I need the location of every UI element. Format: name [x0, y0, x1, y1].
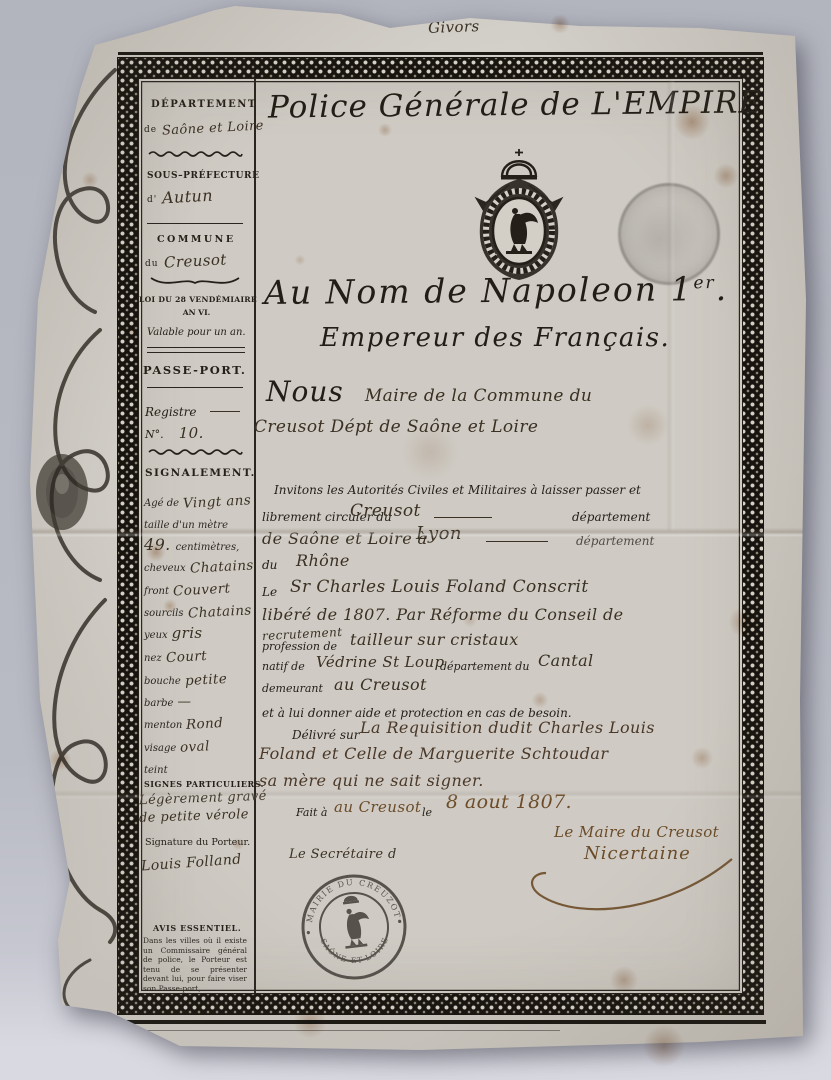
departement-label: DÉPARTEMENT — [151, 99, 257, 110]
avis-text: Dans les villes où il existe un Commissa… — [143, 936, 247, 994]
sous-prefecture-label: SOUS–PRÉFECTURE — [147, 171, 260, 181]
signes-value-line1: Légèrement gravé — [139, 789, 267, 808]
signalement-row-cheveux: cheveuxChatains — [144, 556, 254, 575]
field-label: centimètres, — [176, 542, 240, 553]
field-label: yeux — [144, 630, 168, 641]
field-label: taille d'un mètre — [144, 520, 228, 531]
demeurant-label: demeurant — [262, 682, 323, 695]
photo-backdrop: Givors DÉPARTEMENT de Saône et Loire SOU… — [0, 0, 831, 1080]
au-nom-period: . — [715, 269, 728, 308]
valable-note: Valable pour un an. — [147, 327, 246, 338]
fait-date: 8 aout 1807. — [446, 791, 572, 813]
signalement-row-bouche: bouchepetite — [144, 669, 254, 688]
natif-dept-label: département du — [440, 660, 529, 673]
field-value: Court — [165, 648, 207, 666]
signalement-row-barbe: barbe— — [144, 691, 254, 710]
registre-row: Registre — [145, 401, 240, 420]
field-value: Chatains — [187, 602, 251, 621]
signes-value-line2: de petite vérole — [139, 807, 249, 826]
intro-handwriting-1: Maire de la Commune du — [365, 386, 592, 406]
passeport-title: PASSE-PORT. — [143, 363, 247, 377]
departement-label-1: département — [572, 510, 650, 524]
bottom-rule — [118, 1020, 766, 1024]
signalement-row-visage: visageoval — [144, 736, 254, 755]
to-dept-label: du — [262, 558, 277, 572]
field-label: bouche — [144, 676, 181, 687]
stamp-eagle — [339, 894, 372, 949]
brace-flourish — [147, 273, 244, 289]
avis-title: AVIS ESSENTIEL. — [153, 923, 241, 933]
signalement-row-menton: mentonRond — [144, 713, 254, 732]
secretaire-line: Le Secrétaire d — [289, 847, 397, 862]
person-line2: libéré de 1807. Par Réforme du Conseil d… — [262, 605, 624, 624]
double-rule — [147, 347, 245, 353]
field-value: 49. — [144, 535, 171, 554]
nous-line: Nous Maire de la Commune du — [266, 375, 592, 408]
margin-seal — [36, 454, 88, 530]
sous-prefecture-value: d' Autun — [147, 187, 213, 206]
departement-label-2: département — [576, 534, 654, 548]
signalement-row-teint: teint — [144, 758, 254, 777]
sous-prefecture-handwriting: Autun — [162, 186, 214, 208]
intro-handwriting-2: Creusot Dépt de Saône et Loire — [254, 417, 538, 437]
to-value: Lyon — [416, 523, 462, 544]
field-value: Rond — [186, 715, 224, 733]
field-label: sourcils — [144, 608, 184, 619]
signalement-row-yeux: yeuxgris — [144, 623, 254, 642]
blank-dash — [434, 517, 492, 518]
registre-label: Registre — [145, 405, 196, 419]
au-nom-sup: er — [693, 273, 715, 293]
bottom-rule-thin — [140, 1030, 560, 1031]
signalement-row-sourcils: sourcilsChatains — [144, 601, 254, 620]
numero-row: N°. 10. — [145, 423, 204, 442]
signalement-row-taille: taille d'un mètre — [144, 513, 254, 532]
field-value: Couvert — [173, 581, 231, 600]
natif-label: natif de — [262, 660, 305, 673]
field-value: Chatains — [189, 557, 253, 576]
delivre-line1: La Requisition dudit Charles Louis — [360, 718, 655, 737]
loi-line2: AN VI. — [139, 308, 254, 317]
signalement-row-front: frontCouvert — [144, 579, 254, 598]
maire-line: Le Maire du Creusot — [554, 823, 719, 841]
field-value: oval — [180, 738, 211, 756]
fait-place: au Creusot — [334, 798, 421, 816]
field-value: Vingt ans — [183, 492, 252, 512]
numero-label: N°. — [145, 428, 164, 441]
field-label: menton — [144, 720, 182, 731]
person-line1: Sr Charles Louis Foland Conscrit — [290, 577, 589, 597]
ornate-border-frame: DÉPARTEMENT de Saône et Loire SOUS–PRÉFE… — [118, 58, 763, 1014]
au-nom-title: Au Nom de Napoleon 1er. — [264, 269, 728, 312]
natif-value: Védrine St Loup — [316, 653, 445, 671]
field-label: front — [144, 586, 169, 597]
top-annotation: Givors — [428, 17, 480, 37]
from-value: Creusot — [350, 501, 421, 521]
numero-value: 10. — [179, 424, 204, 442]
top-rule — [118, 52, 763, 55]
empereur-title: Empereur des Français. — [320, 323, 670, 353]
divider-line — [147, 387, 243, 388]
delivre-label: Délivré sur — [292, 728, 359, 742]
masthead-title: Police Générale de L'EMPIRE — [268, 84, 762, 125]
field-label: nez — [144, 653, 162, 664]
nous-word: Nous — [266, 375, 344, 408]
loi-line1: LOI DU 28 VENDÉMIAIRE — [139, 295, 254, 304]
signature-flourish — [522, 851, 742, 921]
sous-prefecture-prefix: d' — [147, 195, 157, 205]
field-label: cheveux — [144, 563, 186, 574]
signes-title: SIGNES PARTICULIERS. — [144, 779, 264, 789]
field-label: visage — [144, 743, 176, 754]
departement-prefix: de — [144, 125, 157, 135]
field-label: teint — [144, 765, 168, 776]
signature-porteur-label: Signature du Porteur. — [145, 837, 250, 848]
au-nom-text: Au Nom de Napoleon 1 — [264, 269, 694, 312]
le-label: Le — [262, 585, 277, 599]
passport-paper: Givors DÉPARTEMENT de Saône et Loire SOU… — [20, 0, 815, 1060]
signalement-row-age: Agé deVingt ans — [144, 491, 254, 510]
signalement-title: SIGNALEMENT. — [145, 467, 256, 479]
demeurant-value: au Creusot — [334, 675, 427, 694]
departement-value: de Saône et Loire — [144, 117, 264, 136]
commune-prefix: du — [145, 259, 159, 269]
crown-band — [501, 175, 537, 180]
main-column: Police Générale de L'EMPIRE — [254, 79, 742, 993]
field-value: — — [177, 694, 191, 710]
field-value: petite — [184, 671, 227, 689]
blank-dash — [486, 541, 548, 542]
paper-shadow-wrap: Givors DÉPARTEMENT de Saône et Loire SOU… — [0, 0, 831, 1080]
wavy-divider — [147, 447, 244, 456]
from-dept-handwriting: de Saône et Loire à — [262, 529, 428, 548]
field-label: Agé de — [144, 498, 179, 509]
signalement-row-centimetres: 49.centimètres, — [144, 535, 254, 554]
commune-handwriting: Creusot — [163, 250, 227, 271]
field-value: gris — [172, 624, 203, 642]
commune-value: du Creusot — [145, 251, 226, 270]
signature-porteur-value: Louis Folland — [141, 852, 243, 875]
invite-line: Invitons les Autorités Civiles et Milita… — [274, 483, 641, 497]
margin-calligraphy — [20, 60, 130, 1040]
to-dept-value: Rhône — [296, 551, 350, 570]
fait-label: Fait à — [296, 806, 327, 819]
delivre-line2: Foland et Celle de Marguerite Schtoudar — [259, 744, 608, 763]
mairie-stamp: MAIRIE DU CREUZOT SAÔNE-ET-LOIRE — [292, 865, 417, 990]
profession-value: tailleur sur cristaux — [350, 630, 519, 649]
divider-line — [147, 223, 243, 224]
registre-dash — [210, 411, 240, 412]
document-inner: DÉPARTEMENT de Saône et Loire SOUS–PRÉFE… — [138, 78, 743, 994]
departement-handwriting: Saône et Loire — [162, 118, 265, 138]
signalement-row-nez: nezCourt — [144, 646, 254, 665]
profession-label: profession de — [262, 640, 337, 653]
commune-label: COMMUNE — [157, 234, 236, 245]
field-label: barbe — [144, 698, 173, 709]
natif-dept-value: Cantal — [538, 651, 594, 670]
delivre-line3: sa mère qui ne sait signer. — [259, 771, 484, 790]
le2-label: le — [422, 806, 432, 819]
wavy-divider — [147, 149, 244, 158]
